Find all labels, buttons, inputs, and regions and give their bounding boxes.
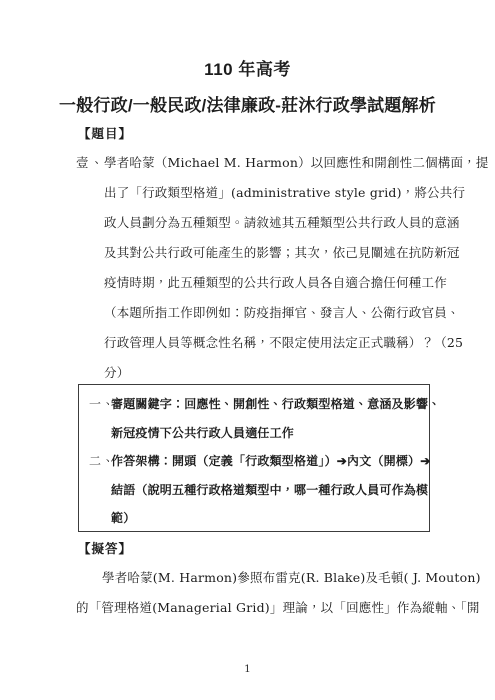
answer-line: 學者哈蒙(M. Harmon)參照布雷克(R. Blake)及毛頓( J. Mo… bbox=[76, 563, 476, 593]
answer-paragraph: 學者哈蒙(M. Harmon)參照布雷克(R. Blake)及毛頓( J. Mo… bbox=[76, 563, 476, 623]
key-box-item-structure: 二、 作答架構：開頭（定義「行政類型格道」）➔內文（開標）➔ 結語（說明五種行政… bbox=[79, 447, 429, 533]
document-title: 110 年高考 bbox=[0, 55, 495, 80]
question-paragraph: 壹、 學者哈蒙（Michael M. Harmon）以回應性和開創性二個構面，提… bbox=[76, 148, 471, 388]
key-box-line: 結語（說明五種行政格道類型中，哪一種行政人員可作為模 bbox=[111, 476, 429, 505]
document-page: 110 年高考 一般行政/一般民政/法律廉政-莊沐行政學試題解析 【題目】 壹、… bbox=[0, 0, 495, 700]
document-subtitle: 一般行政/一般民政/法律廉政-莊沐行政學試題解析 bbox=[0, 91, 495, 116]
key-box-item-keywords: 一、 審題關鍵字：回應性、開創性、行政類型格道、意涵及影響、 新冠疫情下公共行政… bbox=[79, 390, 429, 447]
key-box-line: 新冠疫情下公共行政人員適任工作 bbox=[111, 419, 429, 448]
key-box-item-number: 一、 bbox=[89, 390, 115, 419]
question-line: 政人員劃分為五種類型。請敘述其五種類型公共行政人員的意涵 bbox=[104, 208, 471, 238]
answer-line: 的「管理格道(Managerial Grid)」理論，以「回應性」作為縱軸、「開 bbox=[76, 593, 476, 623]
question-section-heading: 【題目】 bbox=[78, 124, 132, 142]
page-number: 1 bbox=[0, 663, 495, 675]
question-item-number: 壹、 bbox=[76, 148, 105, 178]
question-line: 出了「行政類型格道」(administrative style grid)，將公… bbox=[104, 178, 471, 208]
question-line: （本題所指工作即例如：防疫指揮官、發言人、公衛行政官員、 bbox=[104, 298, 471, 328]
key-box-item-number: 二、 bbox=[89, 447, 115, 476]
key-box-line: 審題關鍵字：回應性、開創性、行政類型格道、意涵及影響、 bbox=[111, 390, 429, 419]
question-line: 行政管理人員等概念性名稱，不限定使用法定正式職稱）？（25 bbox=[104, 328, 471, 358]
question-line: 學者哈蒙（Michael M. Harmon）以回應性和開創性二個構面，提 bbox=[104, 148, 471, 178]
question-line: 及其對公共行政可能產生的影響；其次，依己見闡述在抗防新冠 bbox=[104, 238, 471, 268]
answer-section-heading: 【擬答】 bbox=[78, 539, 132, 557]
key-box-line: 作答架構：開頭（定義「行政類型格道」）➔內文（開標）➔ bbox=[111, 447, 429, 476]
key-box-line: 範） bbox=[111, 504, 429, 533]
answer-key-box: 一、 審題關鍵字：回應性、開創性、行政類型格道、意涵及影響、 新冠疫情下公共行政… bbox=[78, 384, 430, 532]
question-line: 疫情時期，此五種類型的公共行政人員各自適合擔任何種工作 bbox=[104, 268, 471, 298]
